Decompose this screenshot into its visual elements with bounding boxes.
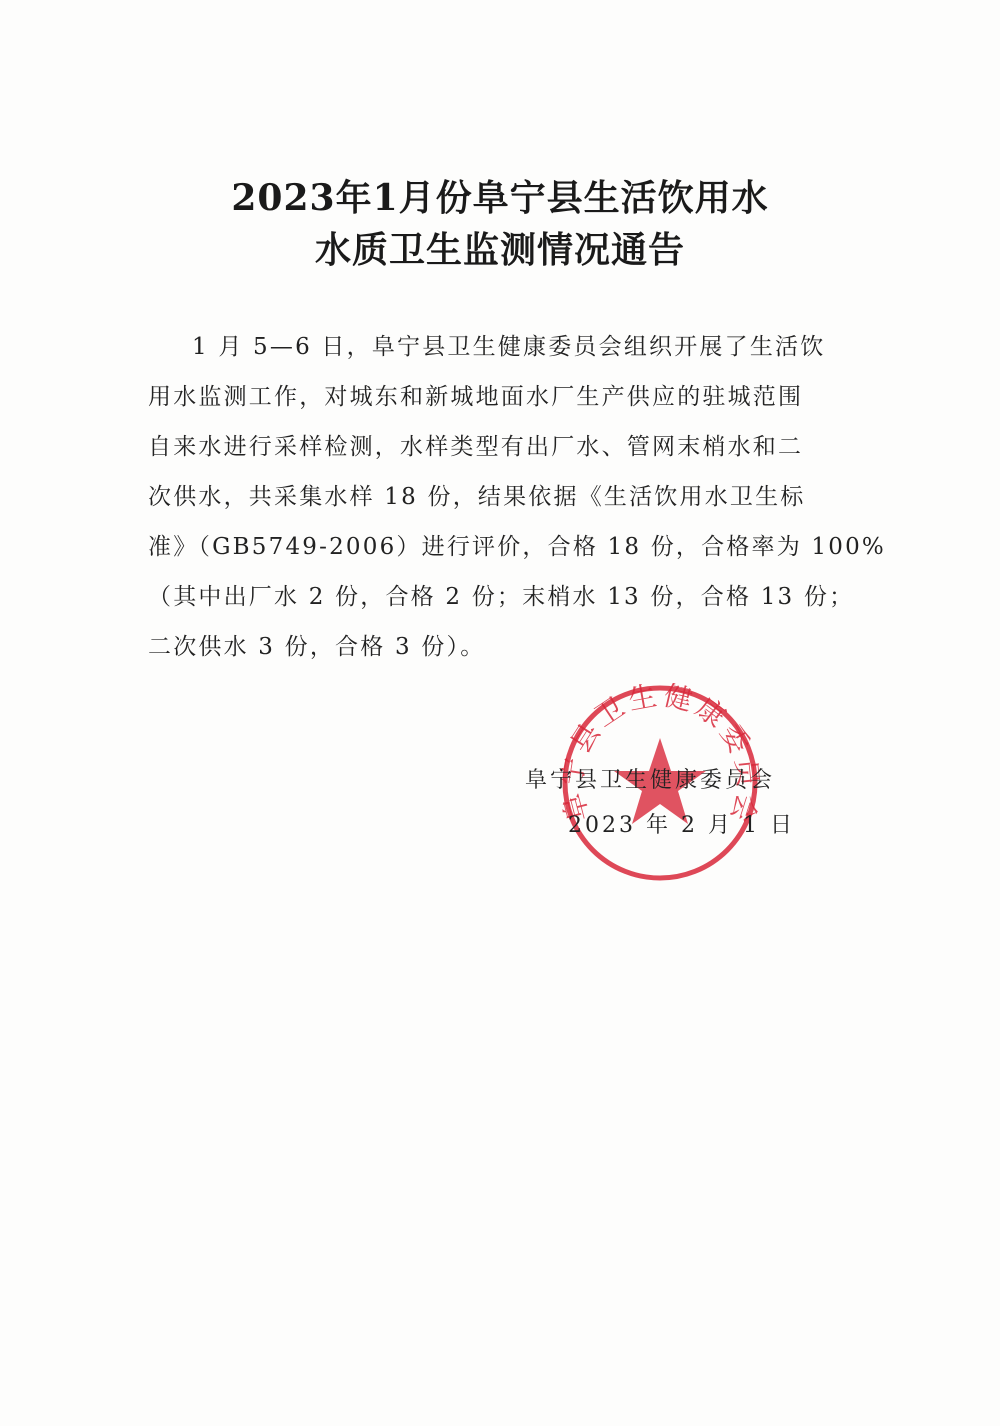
title-line-1: 2023年1月份阜宁县生活饮用水 [0,170,1000,221]
signature-organization: 阜宁县卫生健康委员会 [525,763,775,794]
body-line: 自来水进行采样检测，水样类型有出厂水、管网末梢水和二 [148,428,868,461]
body-line: 用水监测工作，对城东和新城地面水厂生产供应的驻城范围 [148,378,868,411]
body-line: 准》（GB5749-2006）进行评价，合格 18 份，合格率为 100% [148,528,868,561]
body-line: 1 月 5—6 日，阜宁县卫生健康委员会组织开展了生活饮 [192,328,912,361]
body-line: 次供水，共采集水样 18 份，结果依据《生活饮用水卫生标 [148,478,868,511]
body-line: （其中出厂水 2 份，合格 2 份；末梢水 13 份，合格 13 份； [148,578,868,611]
body-line: 二次供水 3 份，合格 3 份）。 [148,628,868,661]
signature-date: 2023 年 2 月 1 日 [568,808,795,839]
title-line-2: 水质卫生监测情况通告 [0,222,1000,273]
